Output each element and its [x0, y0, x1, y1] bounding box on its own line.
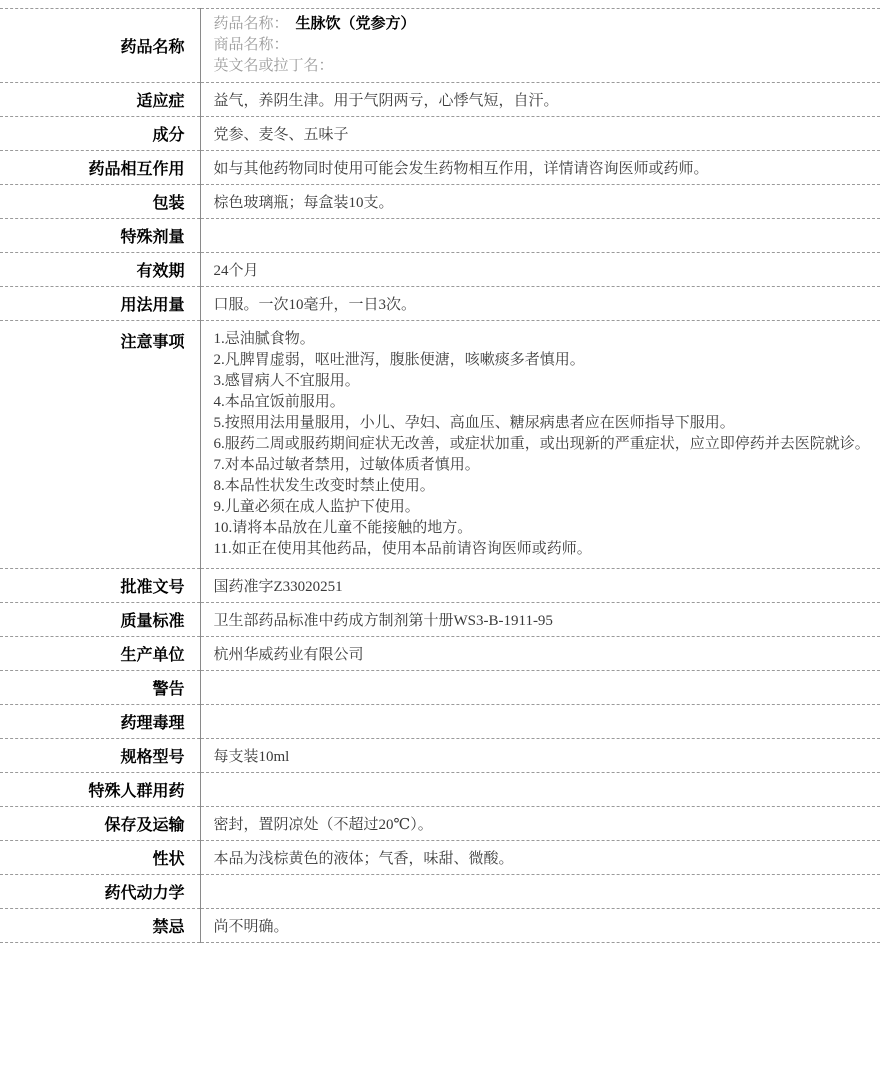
english-name-field-label: 英文名或拉丁名：: [214, 56, 871, 77]
label-indications: 适应症: [0, 83, 200, 117]
table-row-validity-period: 有效期 24个月: [0, 253, 880, 287]
table-row-packaging: 包装 棕色玻璃瓶；每盒装10支。: [0, 185, 880, 219]
label-ingredients: 成分: [0, 117, 200, 151]
label-drug-name: 药品名称: [0, 9, 200, 83]
drug-info-page: 药品名称 药品名称：生脉饮（党参方） 商品名称： 英文名或拉丁名： 适应症 益气…: [0, 0, 880, 1070]
table-row-drug-name: 药品名称 药品名称：生脉饮（党参方） 商品名称： 英文名或拉丁名：: [0, 9, 880, 83]
table-row-ingredients: 成分 党参、麦冬、五味子: [0, 117, 880, 151]
value-indications: 益气，养阴生津。用于气阴两亏，心悸气短，自汗。: [200, 83, 880, 117]
table-row-approval-number: 批准文号 国药准字Z33020251: [0, 569, 880, 603]
label-specification: 规格型号: [0, 739, 200, 773]
value-drug-interactions: 如与其他药物同时使用可能会发生药物相互作用，详情请咨询医师或药师。: [200, 151, 880, 185]
table-row-precautions: 注意事项 1.忌油腻食物。 2.凡脾胃虚弱，呕吐泄泻，腹胀便溏，咳嗽痰多者慎用。…: [0, 321, 880, 569]
label-validity-period: 有效期: [0, 253, 200, 287]
value-drug-name: 药品名称：生脉饮（党参方） 商品名称： 英文名或拉丁名：: [200, 9, 880, 83]
precaution-item: 10.请将本品放在儿童不能接触的地方。: [214, 518, 871, 539]
precaution-item: 7.对本品过敏者禁用，过敏体质者慎用。: [214, 455, 871, 476]
label-special-population: 特殊人群用药: [0, 773, 200, 807]
label-manufacturer: 生产单位: [0, 637, 200, 671]
value-pharmacology-toxicology: [200, 705, 880, 739]
label-warning: 警告: [0, 671, 200, 705]
value-usage-dosage: 口服。一次10毫升，一日3次。: [200, 287, 880, 321]
label-special-dosage: 特殊剂量: [0, 219, 200, 253]
value-ingredients: 党参、麦冬、五味子: [200, 117, 880, 151]
table-row-drug-interactions: 药品相互作用 如与其他药物同时使用可能会发生药物相互作用，详情请咨询医师或药师。: [0, 151, 880, 185]
value-manufacturer: 杭州华威药业有限公司: [200, 637, 880, 671]
label-drug-interactions: 药品相互作用: [0, 151, 200, 185]
precaution-item: 8.本品性状发生改变时禁止使用。: [214, 476, 871, 497]
table-row-pharmacology-toxicology: 药理毒理: [0, 705, 880, 739]
table-row-pharmacokinetics: 药代动力学: [0, 875, 880, 909]
precaution-item: 1.忌油腻食物。: [214, 329, 871, 350]
label-pharmacokinetics: 药代动力学: [0, 875, 200, 909]
generic-name-value: 生脉饮（党参方）: [296, 16, 416, 32]
label-quality-standard: 质量标准: [0, 603, 200, 637]
table-row-contraindications: 禁忌 尚不明确。: [0, 909, 880, 943]
precaution-item: 9.儿童必须在成人监护下使用。: [214, 497, 871, 518]
generic-name-line: 药品名称：生脉饮（党参方）: [214, 14, 871, 35]
precaution-item: 6.服药二周或服药期间症状无改善，或症状加重，或出现新的严重症状，应立即停药并去…: [214, 434, 871, 455]
generic-name-field-label: 药品名称：: [214, 16, 289, 32]
precaution-item: 5.按照用法用量服用，小儿、孕妇、高血压、糖尿病患者应在医师指导下服用。: [214, 413, 871, 434]
table-row-warning: 警告: [0, 671, 880, 705]
table-row-properties: 性状 本品为浅棕黄色的液体；气香，味甜、微酸。: [0, 841, 880, 875]
value-precautions: 1.忌油腻食物。 2.凡脾胃虚弱，呕吐泄泻，腹胀便溏，咳嗽痰多者慎用。 3.感冒…: [200, 321, 880, 569]
trade-name-field-label: 商品名称：: [214, 35, 871, 56]
value-contraindications: 尚不明确。: [200, 909, 880, 943]
value-pharmacokinetics: [200, 875, 880, 909]
table-row-special-population: 特殊人群用药: [0, 773, 880, 807]
label-properties: 性状: [0, 841, 200, 875]
value-validity-period: 24个月: [200, 253, 880, 287]
table-row-manufacturer: 生产单位 杭州华威药业有限公司: [0, 637, 880, 671]
value-packaging: 棕色玻璃瓶；每盒装10支。: [200, 185, 880, 219]
drug-info-table: 药品名称 药品名称：生脉饮（党参方） 商品名称： 英文名或拉丁名： 适应症 益气…: [0, 8, 880, 943]
label-storage-transport: 保存及运输: [0, 807, 200, 841]
value-storage-transport: 密封，置阴凉处（不超过20℃）。: [200, 807, 880, 841]
label-precautions: 注意事项: [0, 321, 200, 569]
table-row-indications: 适应症 益气，养阴生津。用于气阴两亏，心悸气短，自汗。: [0, 83, 880, 117]
label-contraindications: 禁忌: [0, 909, 200, 943]
table-row-storage-transport: 保存及运输 密封，置阴凉处（不超过20℃）。: [0, 807, 880, 841]
table-row-quality-standard: 质量标准 卫生部药品标准中药成方制剂第十册WS3-B-1911-95: [0, 603, 880, 637]
value-approval-number: 国药准字Z33020251: [200, 569, 880, 603]
table-row-special-dosage: 特殊剂量: [0, 219, 880, 253]
precaution-item: 4.本品宜饭前服用。: [214, 392, 871, 413]
value-special-population: [200, 773, 880, 807]
table-row-usage-dosage: 用法用量 口服。一次10毫升，一日3次。: [0, 287, 880, 321]
label-packaging: 包装: [0, 185, 200, 219]
precaution-item: 3.感冒病人不宜服用。: [214, 371, 871, 392]
value-properties: 本品为浅棕黄色的液体；气香，味甜、微酸。: [200, 841, 880, 875]
value-special-dosage: [200, 219, 880, 253]
label-usage-dosage: 用法用量: [0, 287, 200, 321]
precaution-item: 2.凡脾胃虚弱，呕吐泄泻，腹胀便溏，咳嗽痰多者慎用。: [214, 350, 871, 371]
label-pharmacology-toxicology: 药理毒理: [0, 705, 200, 739]
value-specification: 每支装10ml: [200, 739, 880, 773]
value-warning: [200, 671, 880, 705]
precaution-item: 11.如正在使用其他药品，使用本品前请咨询医师或药师。: [214, 539, 871, 560]
table-row-specification: 规格型号 每支装10ml: [0, 739, 880, 773]
value-quality-standard: 卫生部药品标准中药成方制剂第十册WS3-B-1911-95: [200, 603, 880, 637]
label-approval-number: 批准文号: [0, 569, 200, 603]
